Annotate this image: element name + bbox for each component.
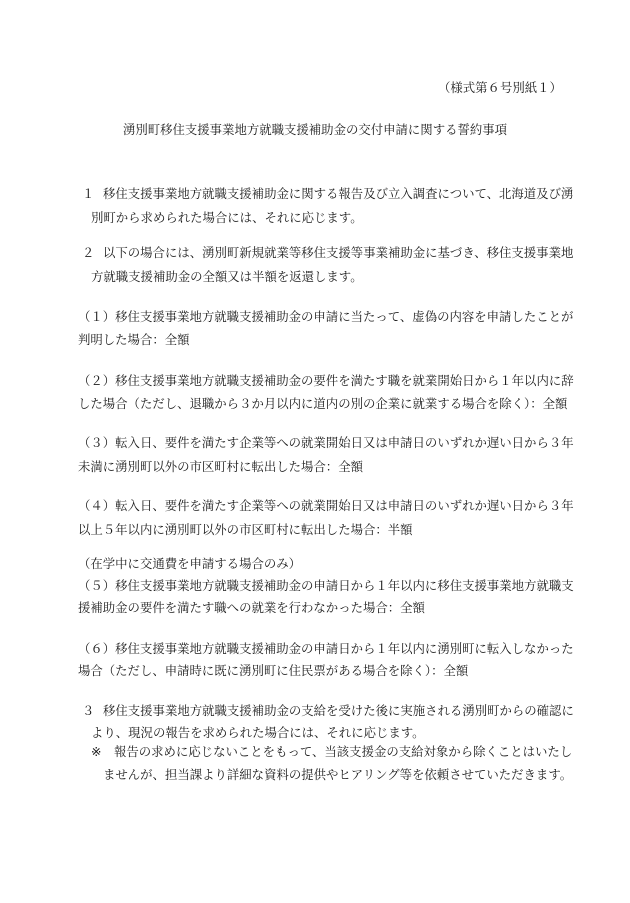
- condition-text-line: 以上５年以内に湧別町以外の市区町村に転出した場合：半額: [78, 518, 413, 542]
- condition-text-line: 援補助金の要件を満たす職への就業を行わなかった場合：全額: [78, 596, 425, 620]
- reference-mark-icon: ※: [91, 740, 101, 764]
- remark-text-line: ませんが、担当課より詳細な資料の提供やヒアリング等を依頼させていただきます。: [103, 763, 572, 787]
- document-title: 湧別町移住支援事業地方就職支援補助金の交付申請に関する誓約事項: [0, 118, 630, 142]
- item-text-line: 以下の場合には、湧別町新規就業等移住支援等事業補助金に基づき、移住支援事業地: [103, 241, 573, 265]
- condition-note: （在学中に交通費を申請する場合のみ）: [78, 552, 301, 576]
- item-number: ２: [82, 241, 94, 265]
- item-text-line: 別町から求められた場合には、それに応じます。: [91, 206, 363, 230]
- condition-text-line: （１）移住支援事業地方就職支援補助金の申請に当たって、虚偽の内容を申請したことが: [78, 305, 573, 329]
- condition-text-line: （６）移住支援事業地方就職支援補助金の申請日から１年以内に湧別町に転入しなかった: [78, 637, 574, 661]
- item-text-line: 移住支援事業地方就職支援補助金の支給を受けた後に実施される湧別町からの確認に: [103, 699, 574, 723]
- condition-text-line: 場合（ただし、申請時に既に湧別町に住民票がある場合を除く）：全額: [78, 659, 468, 683]
- item-number: ３: [82, 699, 94, 723]
- remark-text-line: 報告の求めに応じないことをもって、当該支援金の支給対象から除くことはいたし: [114, 740, 572, 764]
- condition-text-line: 判明した場合：全額: [78, 328, 190, 352]
- item-number: １: [82, 182, 94, 206]
- condition-text-line: （５）移住支援事業地方就職支援補助金の申請日から１年以内に移住支援事業地方就職支: [78, 574, 574, 598]
- condition-text-line: した場合（ただし、退職から３か月以内に道内の別の企業に就業する場合を除く）：全額: [78, 392, 567, 416]
- condition-text-line: （４）転入日、要件を満たす企業等への就業開始日又は申請日のいずれか遅い日から３年: [78, 494, 574, 518]
- condition-text-line: （３）転入日、要件を満たす企業等への就業開始日又は申請日のいずれか遅い日から３年: [78, 431, 574, 455]
- form-number-label: （様式第６号別紙１）: [438, 76, 562, 100]
- item-text-line: 移住支援事業地方就職支援補助金に関する報告及び立入調査について、北海道及び湧: [103, 182, 573, 206]
- condition-text-line: 未満に湧別町以外の市区町村に転出した場合：全額: [78, 455, 363, 479]
- item-text-line: 方就職支援補助金の全額又は半額を返還します。: [91, 265, 363, 289]
- condition-text-line: （２）移住支援事業地方就職支援補助金の要件を満たす職を就業開始日から１年以内に辞: [78, 369, 574, 393]
